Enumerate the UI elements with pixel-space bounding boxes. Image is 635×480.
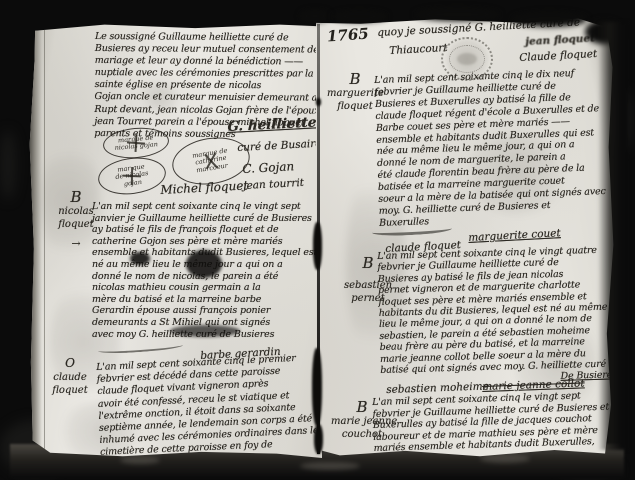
- year-label: 1765: [326, 25, 369, 46]
- signature-mark-nicolas-gojan-2: mar quede nicolasgojan: [96, 154, 168, 198]
- page-left-edge-shadow: [20, 22, 42, 458]
- baptism-record-sebastien: L'an mil sept cent soixante cinq le ving…: [377, 244, 617, 387]
- mark-caption: marque decatherinemarcoeur: [192, 148, 230, 175]
- witness-signature-tourret: jean tourrit: [243, 177, 304, 192]
- handwritten-line: janvier je Guillaume heilliette curé de …: [92, 213, 317, 225]
- witness-signature-floquet: Michel floquet: [160, 178, 249, 197]
- handwritten-line: nicolas mathieu cousin germain a la: [92, 282, 317, 294]
- handwritten-line: Gerardin épouse aussi françois ponier: [92, 305, 317, 317]
- record-o-glyph: O: [42, 356, 98, 371]
- baptism-record-marguerite: L'an mil sept cent soixante cinq le dix …: [374, 67, 607, 230]
- burial-record-claude: L'an mil sept cent soixante cinq le prem…: [96, 352, 319, 459]
- page-edge-burn: [415, 8, 500, 21]
- manuscript-photo: Le soussigné Guillaume heilliette curé d…: [0, 0, 635, 480]
- mark-caption: mar quede nicolasgojan: [114, 163, 150, 188]
- handwritten-line: catherine Gojon ses père et mère mariés: [92, 236, 317, 248]
- handwritten-line: claude: [42, 372, 98, 385]
- margin-note-claude-floquet: O claudefloquet: [42, 356, 98, 397]
- handwritten-line: L'an mil sept cent soixante cinq le ving…: [92, 201, 317, 213]
- ink-blot: [186, 250, 222, 278]
- gutter-ink-blot: [313, 222, 322, 270]
- ink-blot: [130, 252, 150, 265]
- handwritten-line: Gojan oncle et curateur menuisier demeur…: [94, 91, 319, 105]
- baptism-record-mariejeanne: L'an mil sept cent soixante cinq le ving…: [372, 390, 610, 455]
- ink-smear: [170, 325, 240, 337]
- gutter-ink-blot: [314, 424, 323, 454]
- handwritten-line: mère du batisé et la marreine barbe: [92, 294, 317, 306]
- godmother-signature-marguerite: marguerite couet: [468, 227, 561, 244]
- gutter-ink-blot: [316, 98, 321, 106]
- handwritten-line: ay batisé le fils de françois floquet et…: [92, 224, 317, 236]
- witness-signature-gojan: C. Gojan: [242, 159, 294, 176]
- handwritten-line: floquet: [42, 385, 98, 398]
- header-place-line: Thiaucourt: [389, 42, 448, 57]
- left-page: Le soussigné Guillaume heilliette curé d…: [20, 22, 322, 458]
- right-page-ragged-edge: [598, 22, 628, 450]
- mark-caption: marque denicolas gojan: [114, 134, 158, 152]
- page-edge-burn: [512, 12, 587, 27]
- paper-edge-speck: [300, 462, 360, 470]
- gutter-ink-blot: [312, 348, 322, 426]
- paper-edge-speck: [120, 456, 160, 464]
- header-signature-2: Claude floquet: [519, 48, 597, 64]
- photo-noise: [0, 130, 16, 200]
- right-page: 1765 quoy je soussigné G. heilliette cur…: [316, 14, 614, 458]
- margin-note-text: claudefloquet: [42, 372, 98, 397]
- page-edge-burn: [300, 10, 330, 22]
- page-edge-burn: [332, 11, 387, 22]
